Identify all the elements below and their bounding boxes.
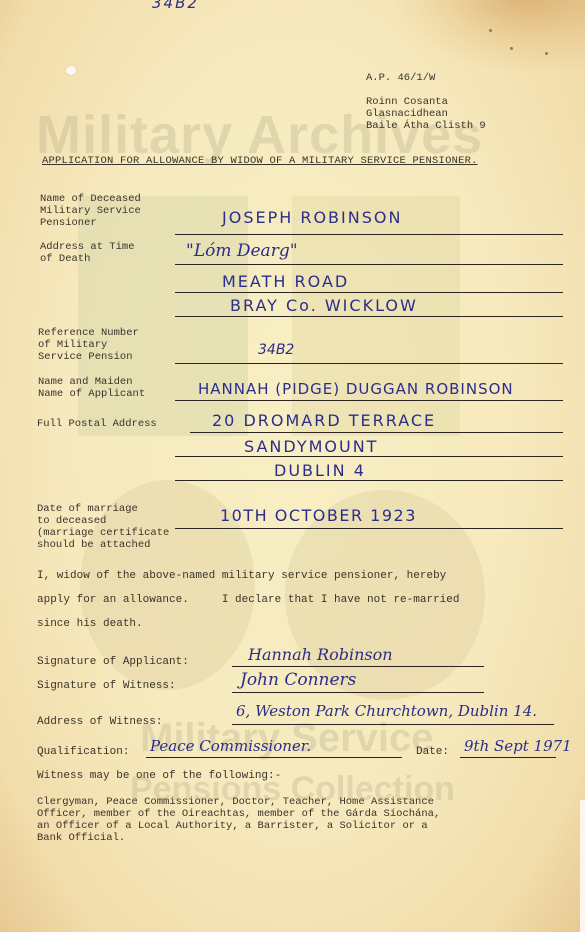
field-line [175, 363, 563, 364]
field-line [175, 234, 563, 235]
paper-stain [395, 0, 585, 70]
signature-line [146, 757, 402, 758]
pension-reference-value[interactable]: 34B2 [258, 342, 294, 358]
marriage-date-value[interactable]: 10TH OCTOBER 1923 [220, 506, 417, 525]
department-line-1: Roinn Cosanta [366, 96, 448, 108]
field-line [175, 456, 563, 457]
speck [489, 29, 492, 32]
date-label: Date: [416, 746, 449, 758]
qualification-value[interactable]: Peace Commissioner. [150, 737, 311, 755]
page-edge [580, 800, 585, 932]
field-line [190, 432, 563, 433]
field-line [175, 316, 563, 317]
deceased-name-value[interactable]: JOSEPH ROBINSON [222, 208, 402, 227]
qualification-label: Qualification: [37, 746, 129, 758]
applicant-signature[interactable]: Hannah Robinson [248, 645, 393, 664]
witness-signature[interactable]: John Conners [240, 670, 356, 690]
postal-address-line-2[interactable]: SANDYMOUNT [244, 437, 378, 456]
declaration-line-1: I, widow of the above-named military ser… [37, 570, 446, 582]
witness-types-line-4: Bank Official. [37, 832, 125, 844]
applicant-name-label: Name and Maiden Name of Applicant [38, 376, 145, 400]
address-at-death-line-2[interactable]: MEATH ROAD [222, 272, 349, 291]
witness-signature-label: Signature of Witness: [37, 680, 176, 692]
postal-address-line-1[interactable]: 20 DROMARD TERRACE [212, 411, 436, 430]
declaration-line-3: since his death. [37, 618, 143, 630]
applicant-name-value[interactable]: HANNAH (PIDGE) DUGGAN ROBINSON [198, 380, 514, 398]
signature-line [460, 757, 556, 758]
field-line [175, 528, 563, 529]
field-line [175, 264, 563, 265]
witness-address-label: Address of Witness: [37, 716, 162, 728]
field-line [175, 480, 563, 481]
witness-types-line-3: an Officer of a Local Authority, a Barri… [37, 820, 428, 832]
department-line-2: Glasnacidhean [366, 108, 448, 120]
signature-line [232, 692, 484, 693]
date-value[interactable]: 9th Sept 1971 [464, 737, 572, 755]
witness-types-line-2: Officer, member of the Oireachtas, membe… [37, 808, 440, 820]
deceased-name-label: Name of Deceased Military Service Pensio… [40, 193, 141, 229]
pension-reference-label: Reference Number of Military Service Pen… [38, 327, 139, 363]
signature-line [232, 666, 484, 667]
handwritten-file-reference: 34B2 [152, 0, 199, 12]
form-code: A.P. 46/1/W [366, 72, 435, 84]
address-at-death-label: Address at Time of Death [40, 241, 135, 265]
speck [510, 47, 513, 50]
marriage-date-label: Date of marriage to deceased (marriage c… [37, 503, 169, 551]
form-title: APPLICATION FOR ALLOWANCE BY WIDOW OF A … [42, 155, 478, 167]
department-line-3: Baile Átha Clisth 9 [366, 120, 486, 132]
address-at-death-line-3[interactable]: BRAY Co. WICKLOW [230, 296, 418, 315]
witness-types-line-1: Clergyman, Peace Commissioner, Doctor, T… [37, 796, 434, 808]
field-line [175, 400, 563, 401]
pin-hole [66, 66, 76, 75]
applicant-signature-label: Signature of Applicant: [37, 656, 189, 668]
postal-address-line-3[interactable]: DUBLIN 4 [274, 461, 366, 480]
field-line [175, 292, 563, 293]
address-at-death-line-1[interactable]: "Lóm Dearg" [186, 241, 298, 261]
postal-address-label: Full Postal Address [37, 418, 157, 430]
witness-note: Witness may be one of the following:- [37, 770, 281, 782]
declaration-line-2: apply for an allowance. I declare that I… [37, 594, 459, 606]
signature-line [232, 724, 554, 725]
speck [545, 52, 548, 55]
witness-address[interactable]: 6, Weston Park Churchtown, Dublin 14. [236, 702, 537, 720]
